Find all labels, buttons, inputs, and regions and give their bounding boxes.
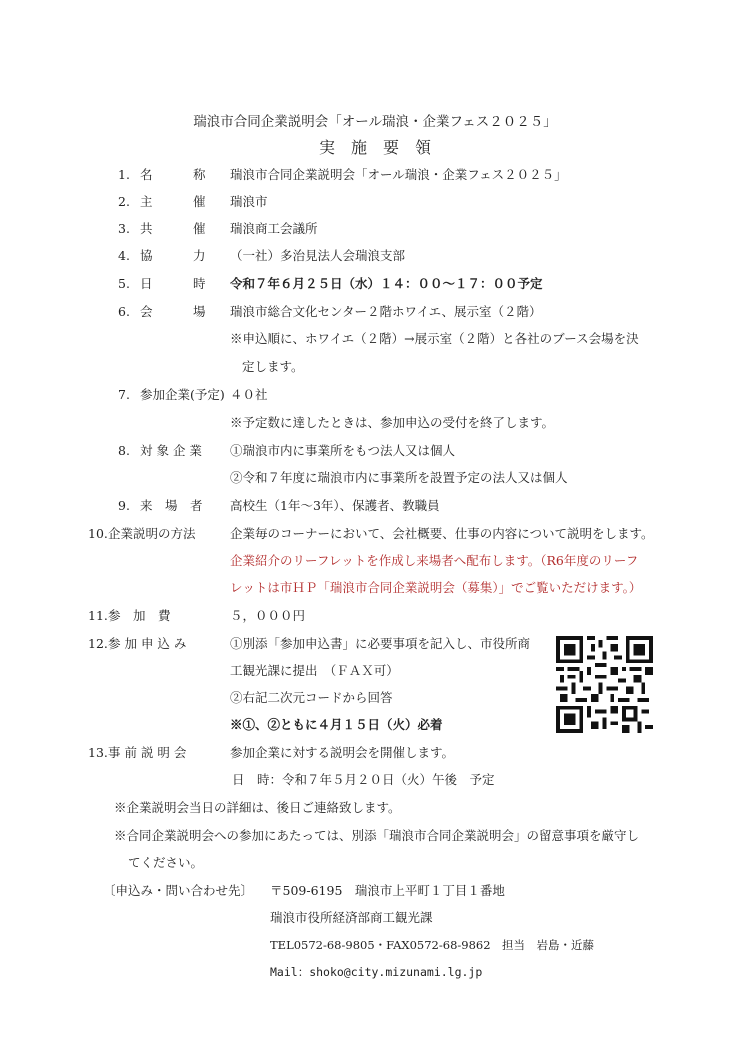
item-4-label-b: 力 xyxy=(193,250,206,263)
item-3-value: 瑞浪商工会議所 xyxy=(230,223,318,236)
item-9-number: 9. xyxy=(118,500,130,513)
item-10-number: 10. xyxy=(88,528,108,541)
item-12-value-1-cont: 工観光課に提出 （ＦＡＸ可） xyxy=(230,665,399,678)
item-5-label-a: 日 xyxy=(140,278,153,291)
item-12-number: 12. xyxy=(88,638,108,651)
item-10-leaflet-note: 企業紹介のリーフレットを作成し来場者へ配布します。（R6年度のリーフ xyxy=(230,555,638,568)
item-7-value: ４０社 xyxy=(230,389,268,402)
item-8-number: 8. xyxy=(118,445,130,458)
item-7-label: 参加企業(予定) xyxy=(140,389,225,402)
item-13-label: 事 前 説 明 会 xyxy=(108,747,186,760)
item-7-number: 7. xyxy=(118,389,130,402)
item-10-value: 企業毎のコーナーにおいて、会社概要、仕事の内容について説明をします。 xyxy=(230,528,654,541)
item-6-note-cont: 定します。 xyxy=(242,361,304,374)
item-3-number: 3. xyxy=(118,223,130,236)
contact-mail[interactable]: Mail：shoko@city.mizunami.lg.jp xyxy=(270,967,482,979)
item-13-number: 13. xyxy=(88,747,108,760)
item-4-label-a: 協 xyxy=(140,250,153,263)
note-2-cont: てください。 xyxy=(128,857,203,870)
item-6-note: ※申込順に、ホワイエ（２階）→展示室（２階）と各社のブース会場を決 xyxy=(230,333,639,346)
item-10-leaflet-note-cont: レットは市ＨＰ「瑞浪市合同企業説明会（募集）」でご覧いただけます。） xyxy=(230,582,641,595)
contact-label: 〔申込み・問い合わせ先〕 xyxy=(103,885,253,898)
item-12-label: 参 加 申 込 み xyxy=(108,638,186,651)
item-11-value: ５，０００円 xyxy=(230,610,305,623)
item-6-number: 6. xyxy=(118,306,130,319)
item-11-label: 参 加 費 xyxy=(108,610,171,623)
item-1-number: 1. xyxy=(118,169,130,182)
item-10-label: 企業説明の方法 xyxy=(108,528,196,541)
item-1-label-b: 称 xyxy=(193,169,206,182)
item-1-value: 瑞浪市合同企業説明会「オール瑞浪・企業フェス２０２５」 xyxy=(230,169,567,182)
item-6-label-b: 場 xyxy=(193,306,206,319)
qr-code-icon[interactable] xyxy=(556,636,653,733)
item-2-label-a: 主 xyxy=(140,196,153,209)
item-12-value-2: ②右記二次元コードから回答 xyxy=(230,692,393,705)
item-2-label-b: 催 xyxy=(193,196,206,209)
item-4-number: 4. xyxy=(118,250,130,263)
contact-department: 瑞浪市役所経済部商工観光課 xyxy=(270,912,433,925)
item-13-datetime: 日 時：令和７年５月２０日（火）午後 予定 xyxy=(232,774,495,787)
contact-phone: TEL0572-68-9805・FAX0572-68-9862 担当 岩島・近藤 xyxy=(270,940,594,952)
item-4-value: （一社）多治見法人会瑞浪支部 xyxy=(230,250,405,263)
item-11-number: 11. xyxy=(88,610,108,623)
note-2: ※合同企業説明会への参加にあたっては、別添「瑞浪市合同企業説明会」の留意事項を厳… xyxy=(114,830,639,843)
item-8-value-1: ①瑞浪市内に事業所をもつ法人又は個人 xyxy=(230,445,455,458)
item-12-deadline: ※①、②ともに４月１５日（火）必着 xyxy=(230,719,443,732)
item-12-value-1: ①別添「参加申込書」に必要事項を記入し、市役所商 xyxy=(230,638,530,651)
document-title: 瑞浪市合同企業説明会「オール瑞浪・企業フェス２０２５」 xyxy=(0,116,750,130)
item-3-label-b: 催 xyxy=(193,223,206,236)
note-1: ※企業説明会当日の詳細は、後日ご連絡致します。 xyxy=(114,802,401,815)
item-13-value: 参加企業に対する説明会を開催します。 xyxy=(230,747,454,760)
item-3-label-a: 共 xyxy=(140,223,153,236)
document-subtitle: 実施要領 xyxy=(0,140,750,156)
item-6-value: 瑞浪市総合文化センター２階ホワイエ、展示室（２階） xyxy=(230,306,542,319)
contact-address: 〒509-6195 瑞浪市上平町１丁目１番地 xyxy=(270,885,505,898)
item-2-value: 瑞浪市 xyxy=(230,196,268,209)
item-2-number: 2. xyxy=(118,196,130,209)
item-5-value: 令和７年６月２５日（水）１４：００～１７：００予定 xyxy=(230,278,543,291)
item-6-label-a: 会 xyxy=(140,306,153,319)
item-1-label-a: 名 xyxy=(140,169,153,182)
item-7-note: ※予定数に達したときは、参加申込の受付を終了します。 xyxy=(230,417,554,430)
item-9-label: 来 場 者 xyxy=(140,500,203,513)
item-8-label: 対 象 企 業 xyxy=(140,445,202,458)
item-8-value-2: ②令和７年度に瑞浪市内に事業所を設置予定の法人又は個人 xyxy=(230,472,568,485)
item-5-label-b: 時 xyxy=(193,278,206,291)
item-9-value: 高校生（1年～3年）、保護者、教職員 xyxy=(230,500,440,513)
item-5-number: 5. xyxy=(118,278,130,291)
